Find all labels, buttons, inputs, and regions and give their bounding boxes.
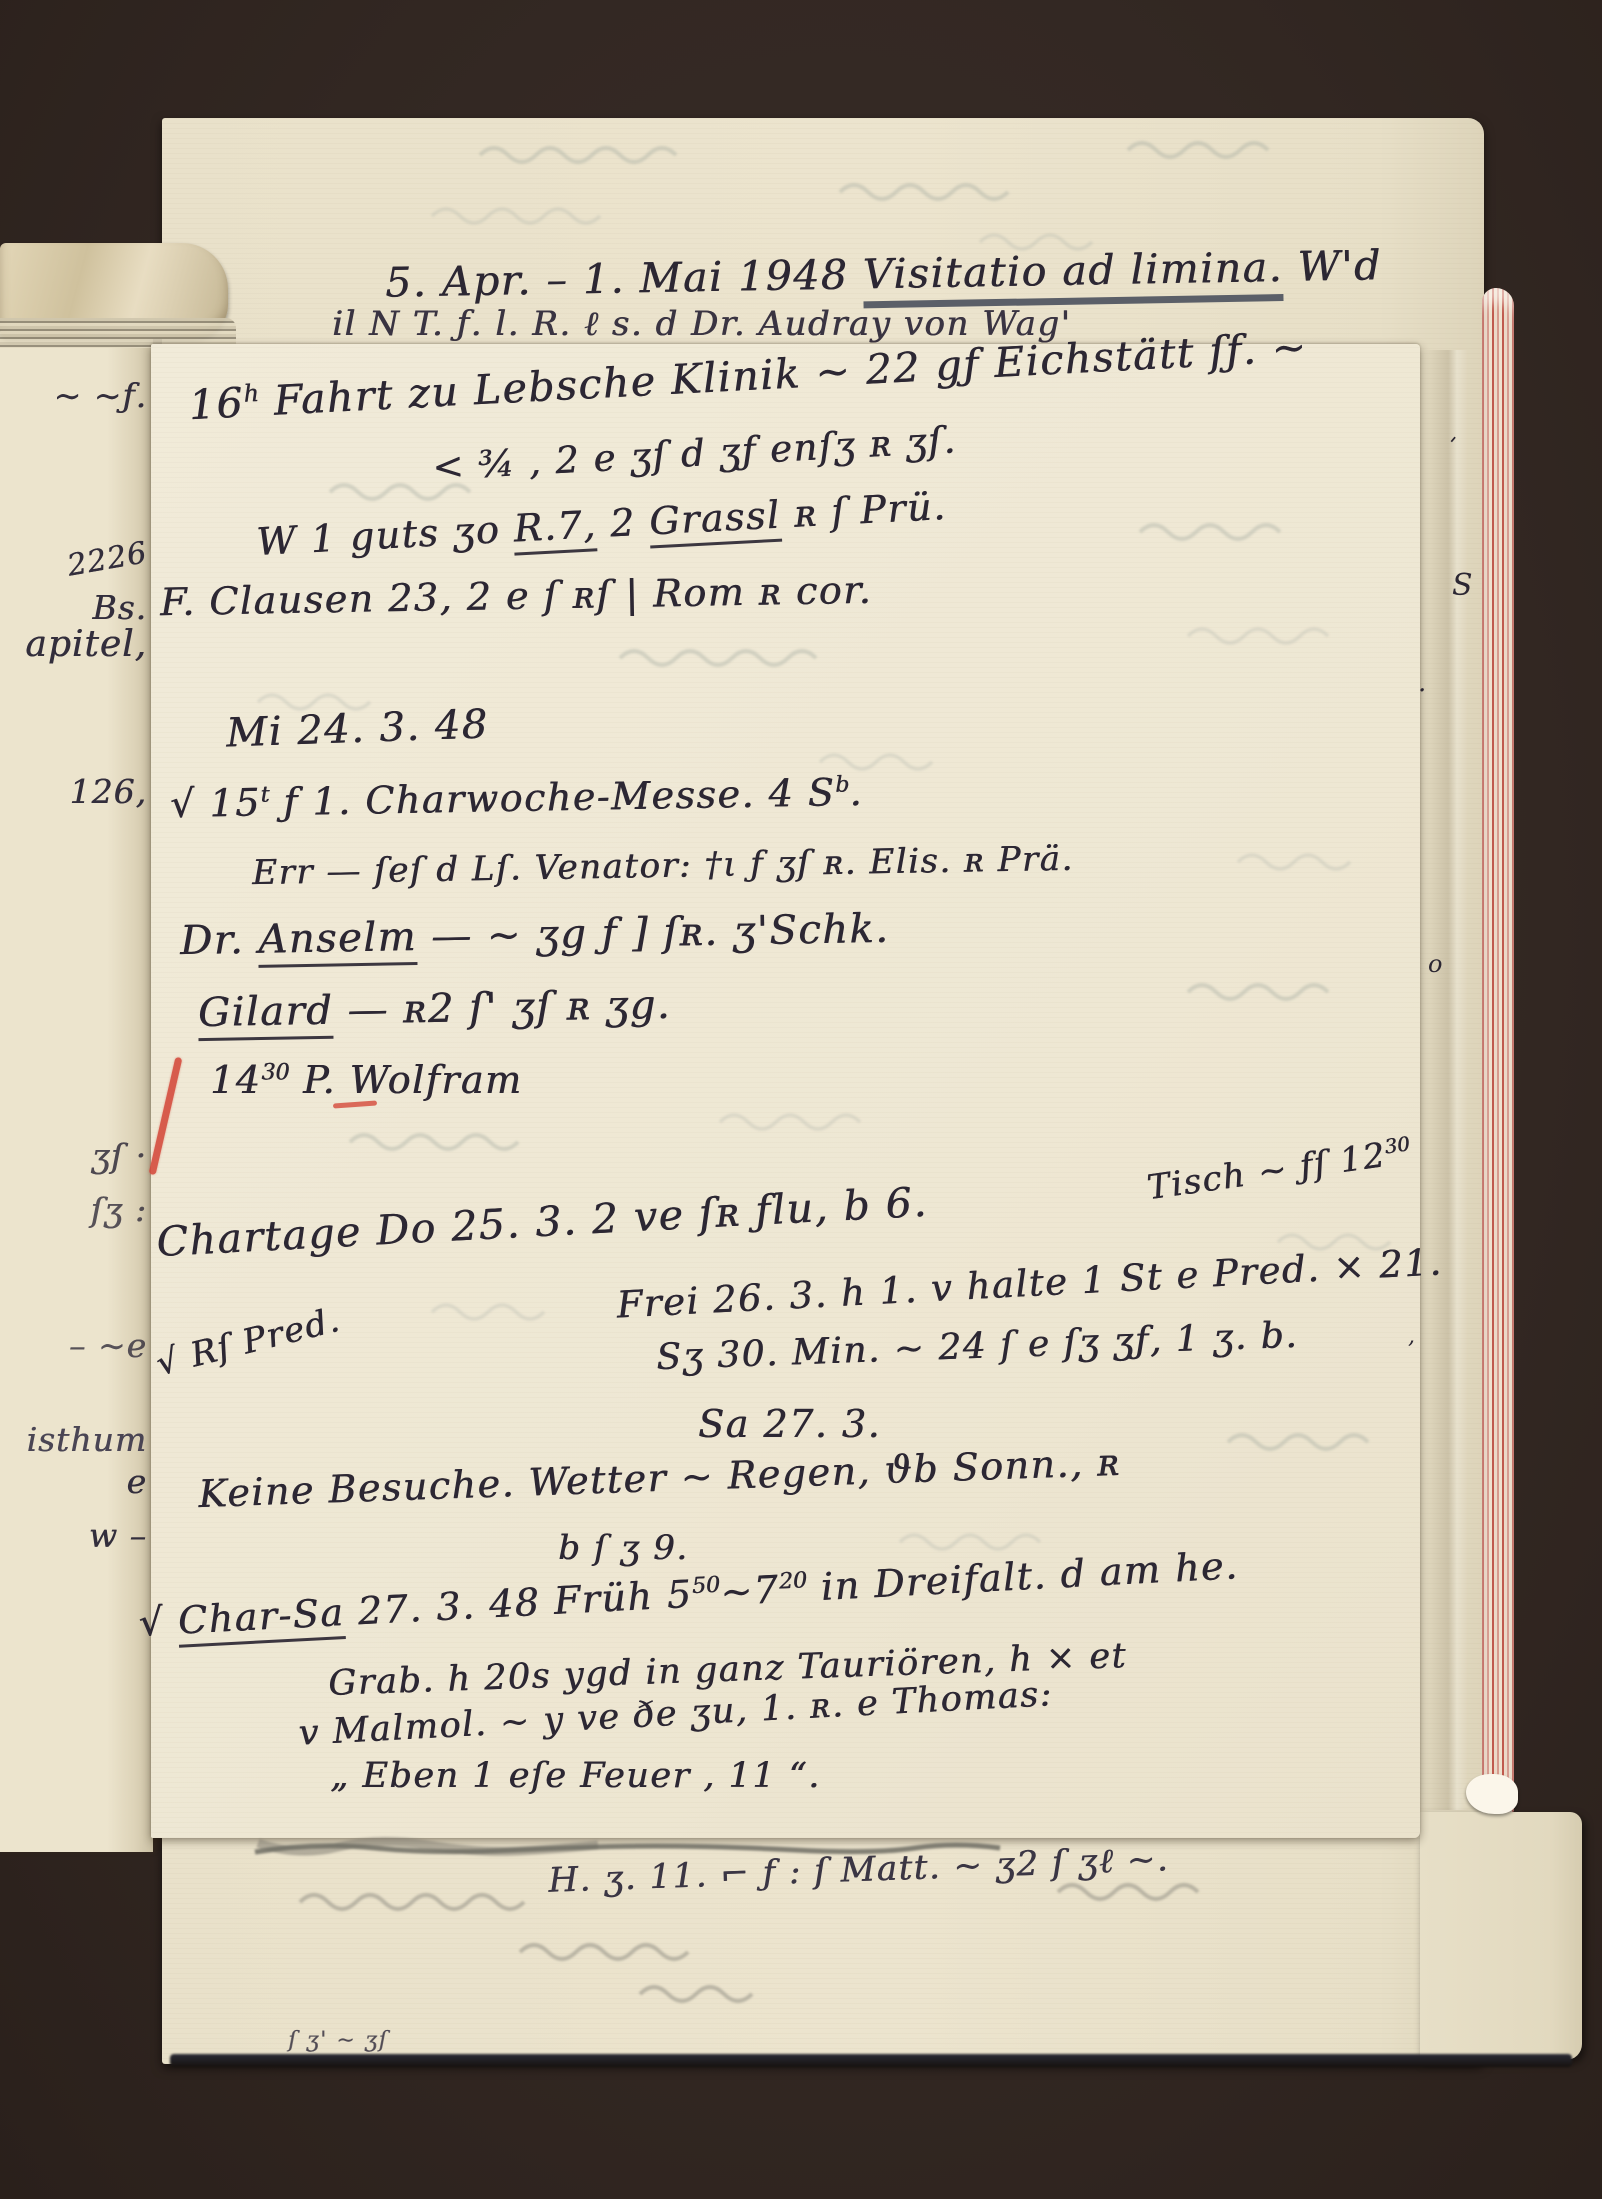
left-page-fragment: ſʒ : [91,1190,147,1229]
left-page-fragment: e [126,1462,147,1501]
ink-speck: o [1428,950,1442,978]
date-range: 5. Apr. – 1. Mai 1948 [385,250,864,306]
left-page-fragment: isthum [26,1420,147,1459]
ink-speck: , [1408,1324,1415,1349]
ink-speck: . [1418,668,1426,698]
line-gilard: Gilard — ʀ2 ſ' ʒſ ʀ ʒg. [198,982,672,1036]
heading-tail: W'd [1283,241,1383,291]
left-page-fragment: 126, [70,772,147,811]
line-eben-feuer-quote: „ Eben 1 eſe Feuer , 11 “. [330,1756,821,1796]
line-steno-2: b ſ ʒ 9. [558,1528,688,1568]
diary-page-bottom-corner [1420,1812,1582,2060]
left-page-fragment: Bs. [92,588,147,627]
left-page-fragment: – ∼e [69,1326,147,1365]
left-page-fragment: ʒſ · [91,1136,147,1175]
ink-speck: S [1452,568,1473,603]
bottom-edge-shadow [170,2054,1572,2067]
fore-edge-red-stripes [1482,288,1514,1812]
left-page-fragment: apitel, [25,624,147,665]
left-page-sliver: ∼ ∼ƒ. 2226 Bs. apitel, 126, ʒſ · ſʒ : – … [0,332,153,1852]
visitatio-title: Visitatio ad limina. [862,243,1283,308]
line-p-wolfram: 1430 P. Wolfram [210,1058,522,1102]
hidden-line-audray-von-wag: il N T. ƒ. l. R. ℓ s. d Dr. Audray von W… [332,304,1071,344]
bottom-edge-ink-marks: ſ ʒ' ∼ ʒſ [288,2028,388,2053]
left-page-fragment: ∼ ∼ƒ. [54,376,148,415]
left-page-fragment: w – [89,1516,147,1555]
diary-book-scan: ∼ ∼ƒ. 2226 Bs. apitel, 126, ʒſ · ſʒ : – … [0,0,1602,2199]
left-page-fragment: 2226 [64,535,149,583]
date-sa-27-3: Sa 27. 3. [698,1402,881,1446]
date-mi-24-3-48: Mi 24. 3. 48 [225,701,489,756]
